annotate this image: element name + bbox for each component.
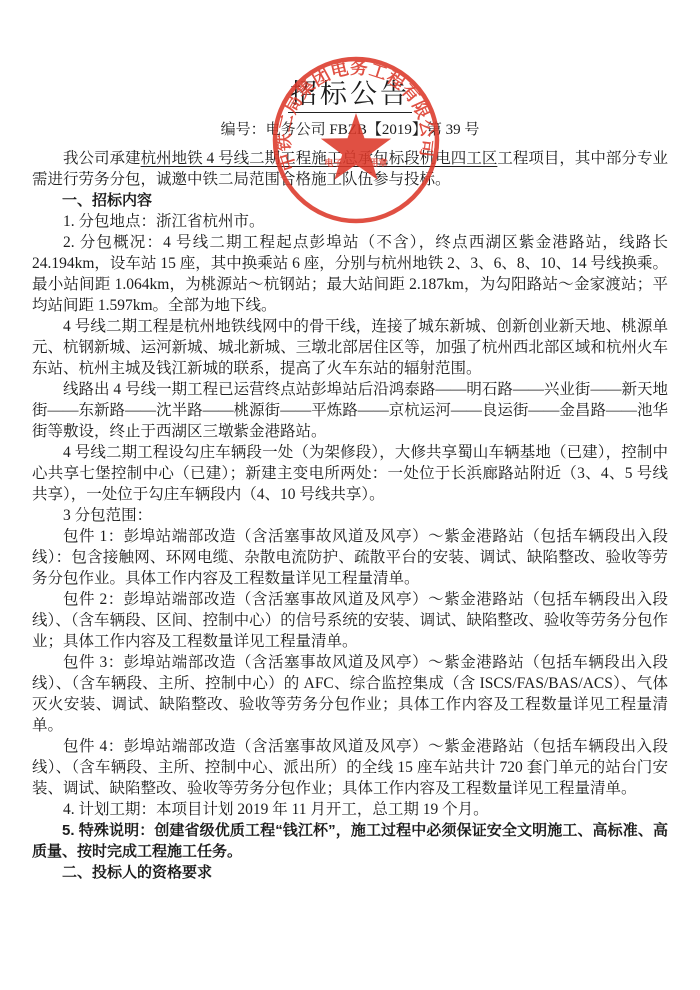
paragraph: 1. 分包地点：浙江省杭州市。 — [32, 211, 668, 232]
paragraph: 3 分包范围： — [32, 505, 668, 526]
paragraph: 包件 3：彭埠站端部改造（含活塞事故风道及风亭）～紫金港路站（包括车辆段出入段线… — [32, 652, 668, 736]
text-segment: 4 号线二期工程设勾庄车辆段一处（为架修段），大修共享蜀山车辆基地（已建），控制… — [32, 444, 668, 503]
section-heading: 一、招标内容 — [32, 190, 668, 211]
document-body: 我公司承建杭州地铁 4 号线二期工程施工总承包标段机电四工区工程项目，其中部分专… — [32, 148, 668, 883]
paragraph: 包件 2：彭埠站端部改造（含活塞事故风道及风亭）～紫金港路站（包括车辆段出入段线… — [32, 589, 668, 652]
text-segment: 4. 计划工期：本项目计划 2019 年 11 月开工，总工期 19 个月。 — [63, 801, 489, 818]
text-segment: 线路出 4 号线一期工程已运营终点站彭埠站后沿鸿泰路——明石路——兴业街——新天… — [32, 381, 668, 440]
text-segment: 二、投标人的资格要求 — [62, 864, 212, 881]
paragraph: 线路出 4 号线一期工程已运营终点站彭埠站后沿鸿泰路——明石路——兴业街——新天… — [32, 379, 668, 442]
text-segment: 2. 分包概况：4 号线二期工程起点彭埠站（不含），终点西湖区紫金港路站，线路长… — [32, 234, 668, 314]
paragraph: 4. 计划工期：本项目计划 2019 年 11 月开工，总工期 19 个月。 — [32, 799, 668, 820]
text-segment: 我公司承建 — [63, 150, 141, 167]
document-title: 招标公告 — [288, 78, 412, 113]
text-segment: 1. 分包地点：浙江省杭州市。 — [63, 213, 265, 230]
text-segment: 一、招标内容 — [62, 192, 152, 209]
paragraph: 我公司承建杭州地铁 4 号线二期工程施工总承包标段机电四工区工程项目，其中部分专… — [32, 148, 668, 190]
section-heading: 二、投标人的资格要求 — [32, 862, 668, 883]
tender-announcement-document: 招标公告 编号：电务公司 FBZB【2019】第 39 号 我公司承建杭州地铁 … — [0, 0, 700, 883]
paragraph: 包件 4：彭埠站端部改造（含活塞事故风道及风亭）～紫金港路站（包括车辆段出入段线… — [32, 736, 668, 799]
text-segment: 包件 4：彭埠站端部改造（含活塞事故风道及风亭）～紫金港路站（包括车辆段出入段线… — [32, 738, 668, 797]
paragraph: 4 号线二期工程设勾庄车辆段一处（为架修段），大修共享蜀山车辆基地（已建），控制… — [32, 442, 668, 505]
text-segment: 4 号线二期工程是杭州地铁线网中的骨干线，连接了城东新城、创新创业新天地、桃源单… — [32, 318, 668, 377]
text-segment: 包件 1：彭埠站端部改造（含活塞事故风道及风亭）～紫金港路站（包括车辆段出入段线… — [32, 528, 668, 587]
text-segment: 3 分包范围： — [63, 507, 152, 524]
paragraph: 2. 分包概况：4 号线二期工程起点彭埠站（不含），终点西湖区紫金港路站，线路长… — [32, 232, 668, 316]
paragraph: 4 号线二期工程是杭州地铁线网中的骨干线，连接了城东新城、创新创业新天地、桃源单… — [32, 316, 668, 379]
text-segment: 包件 2：彭埠站端部改造（含活塞事故风道及风亭）～紫金港路站（包括车辆段出入段线… — [32, 591, 668, 650]
paragraph: 5. 特殊说明：创建省级优质工程“钱江杯”，施工过程中必须保证安全文明施工、高标… — [32, 820, 668, 862]
document-page: 招标公告 编号：电务公司 FBZB【2019】第 39 号 我公司承建杭州地铁 … — [0, 0, 700, 990]
text-segment: 包件 3：彭埠站端部改造（含活塞事故风道及风亭）～紫金港路站（包括车辆段出入段线… — [32, 654, 668, 734]
underlined-text: 杭州地铁 4 号线二期工程施工总承包标段机电四工区 — [141, 150, 498, 167]
title-row: 招标公告 — [32, 78, 668, 113]
text-segment: 5. 特殊说明：创建省级优质工程“钱江杯”，施工过程中必须保证安全文明施工、高标… — [32, 822, 668, 860]
document-number: 编号：电务公司 FBZB【2019】第 39 号 — [32, 121, 668, 139]
paragraph: 包件 1：彭埠站端部改造（含活塞事故风道及风亭）～紫金港路站（包括车辆段出入段线… — [32, 526, 668, 589]
